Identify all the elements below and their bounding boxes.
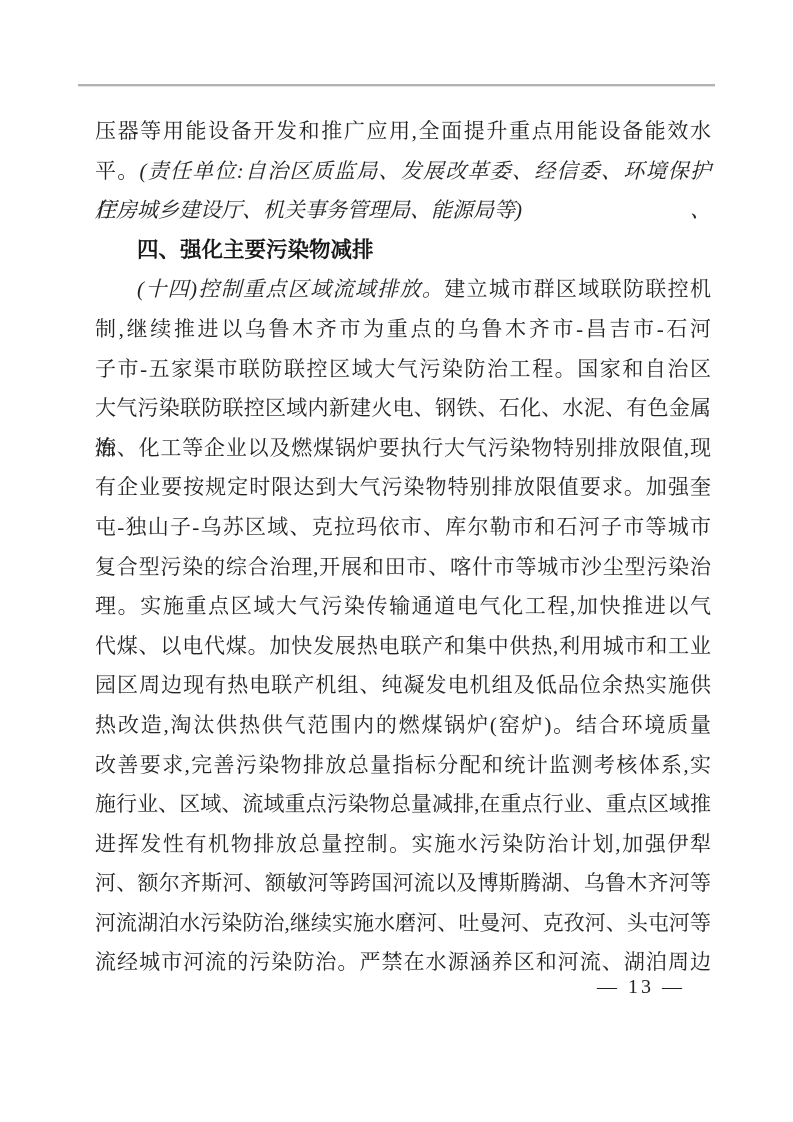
text-segment: 改善要求,完善污染物排放总量指标分配和统计监测考核体系,实 [95,753,711,777]
text-line: 施行业、区域、流域重点污染物总量减排,在重点行业、重点区域推 [95,785,711,825]
text-segment: 河、额尔齐斯河、额敏河等跨国河流以及博斯腾湖、乌鲁木齐河等 [95,871,711,895]
text-segment: 平。 [95,159,140,183]
kaiti-text-segment: 住房城乡建设厅、机关事务管理局、能源局等) [95,198,522,222]
text-segment: 建立城市群区域联防联控机 [444,277,711,301]
text-line: 园区周边现有热电联产机组、纯凝发电机组及低品位余热实施供 [95,666,711,706]
text-segment: 河流湖泊水污染防治,继续实施水磨河、吐曼河、克孜河、头屯河等 [95,911,711,935]
text-line: 河、额尔齐斯河、额敏河等跨国河流以及博斯腾湖、乌鲁木齐河等 [95,864,711,904]
text-line: 平。(责任单位:自治区质监局、发展改革委、经信委、环境保护厅、 [95,152,711,192]
text-line: 热改造,淘汰供热供气范围内的燃煤锅炉(窑炉)。结合环境质量 [95,706,711,746]
header-rule [78,84,715,87]
text-line: (十四)控制重点区域流域排放。建立城市群区域联防联控机 [95,270,711,310]
text-line: 子市-五家渠市联防联控区域大气污染防治工程。国家和自治区 [95,350,711,390]
text-line: 压器等用能设备开发和推广应用,全面提升重点用能设备能效水 [95,112,711,152]
text-segment: 进挥发性有机物排放总量控制。实施水污染防治计划,加强伊犁 [95,832,711,856]
text-segment: 复合型污染的综合治理,开展和田市、喀什市等城市沙尘型污染治 [95,555,711,579]
text-segment: 热改造,淘汰供热供气范围内的燃煤锅炉(窑炉)。结合环境质量 [95,713,711,737]
text-block: 压器等用能设备开发和推广应用,全面提升重点用能设备能效水平。(责任单位:自治区质… [95,112,711,983]
text-line: 河流湖泊水污染防治,继续实施水磨河、吐曼河、克孜河、头屯河等 [95,904,711,944]
document-page: 压器等用能设备开发和推广应用,全面提升重点用能设备能效水平。(责任单位:自治区质… [0,0,793,1122]
text-segment: 代煤、以电代煤。加快发展热电联产和集中供热,利用城市和工业 [95,634,711,658]
text-line: 改善要求,完善污染物排放总量指标分配和统计监测考核体系,实 [95,746,711,786]
text-line: 有企业要按规定时限达到大气污染物特别排放限值要求。加强奎 [95,468,711,508]
text-segment: 压器等用能设备开发和推广应用,全面提升重点用能设备能效水 [95,119,711,143]
page-number: — 13 — [0,972,685,1002]
text-line: 进挥发性有机物排放总量控制。实施水污染防治计划,加强伊犁 [95,825,711,865]
text-line: 代煤、以电代煤。加快发展热电联产和集中供热,利用城市和工业 [95,627,711,667]
text-line: 复合型污染的综合治理,开展和田市、喀什市等城市沙尘型污染治 [95,548,711,588]
text-line: 炼、化工等企业以及燃煤锅炉要执行大气污染物特别排放限值,现 [95,429,711,469]
section-heading: 四、强化主要污染物减排 [95,231,711,271]
text-segment: 流经城市河流的污染防治。严禁在水源涵养区和河流、湖泊周边 [95,950,711,974]
text-line: 屯-独山子-乌苏区域、克拉玛依市、库尔勒市和石河子市等城市 [95,508,711,548]
text-segment: 炼、化工等企业以及燃煤锅炉要执行大气污染物特别排放限值,现 [95,436,711,460]
text-segment: 屯-独山子-乌苏区域、克拉玛依市、库尔勒市和石河子市等城市 [95,515,711,539]
text-segment: 施行业、区域、流域重点污染物总量减排,在重点行业、重点区域推 [95,792,711,816]
text-line: 制,继续推进以乌鲁木齐市为重点的乌鲁木齐市-昌吉市-石河 [95,310,711,350]
text-segment: 园区周边现有热电联产机组、纯凝发电机组及低品位余热实施供 [95,673,711,697]
kaiti-text-segment: (十四)控制重点区域流域排放。 [137,277,444,301]
text-segment: 有企业要按规定时限达到大气污染物特别排放限值要求。加强奎 [95,475,711,499]
text-segment: 制,继续推进以乌鲁木齐市为重点的乌鲁木齐市-昌吉市-石河 [95,317,711,341]
text-line: 大气污染联防联控区域内新建火电、钢铁、石化、水泥、有色金属冶 [95,389,711,429]
text-line: 理。实施重点区域大气污染传输通道电气化工程,加快推进以气 [95,587,711,627]
text-segment: 四、强化主要污染物减排 [137,238,374,262]
text-segment: 理。实施重点区域大气污染传输通道电气化工程,加快推进以气 [95,594,711,618]
text-segment: 子市-五家渠市联防联控区域大气污染防治工程。国家和自治区 [95,357,711,381]
